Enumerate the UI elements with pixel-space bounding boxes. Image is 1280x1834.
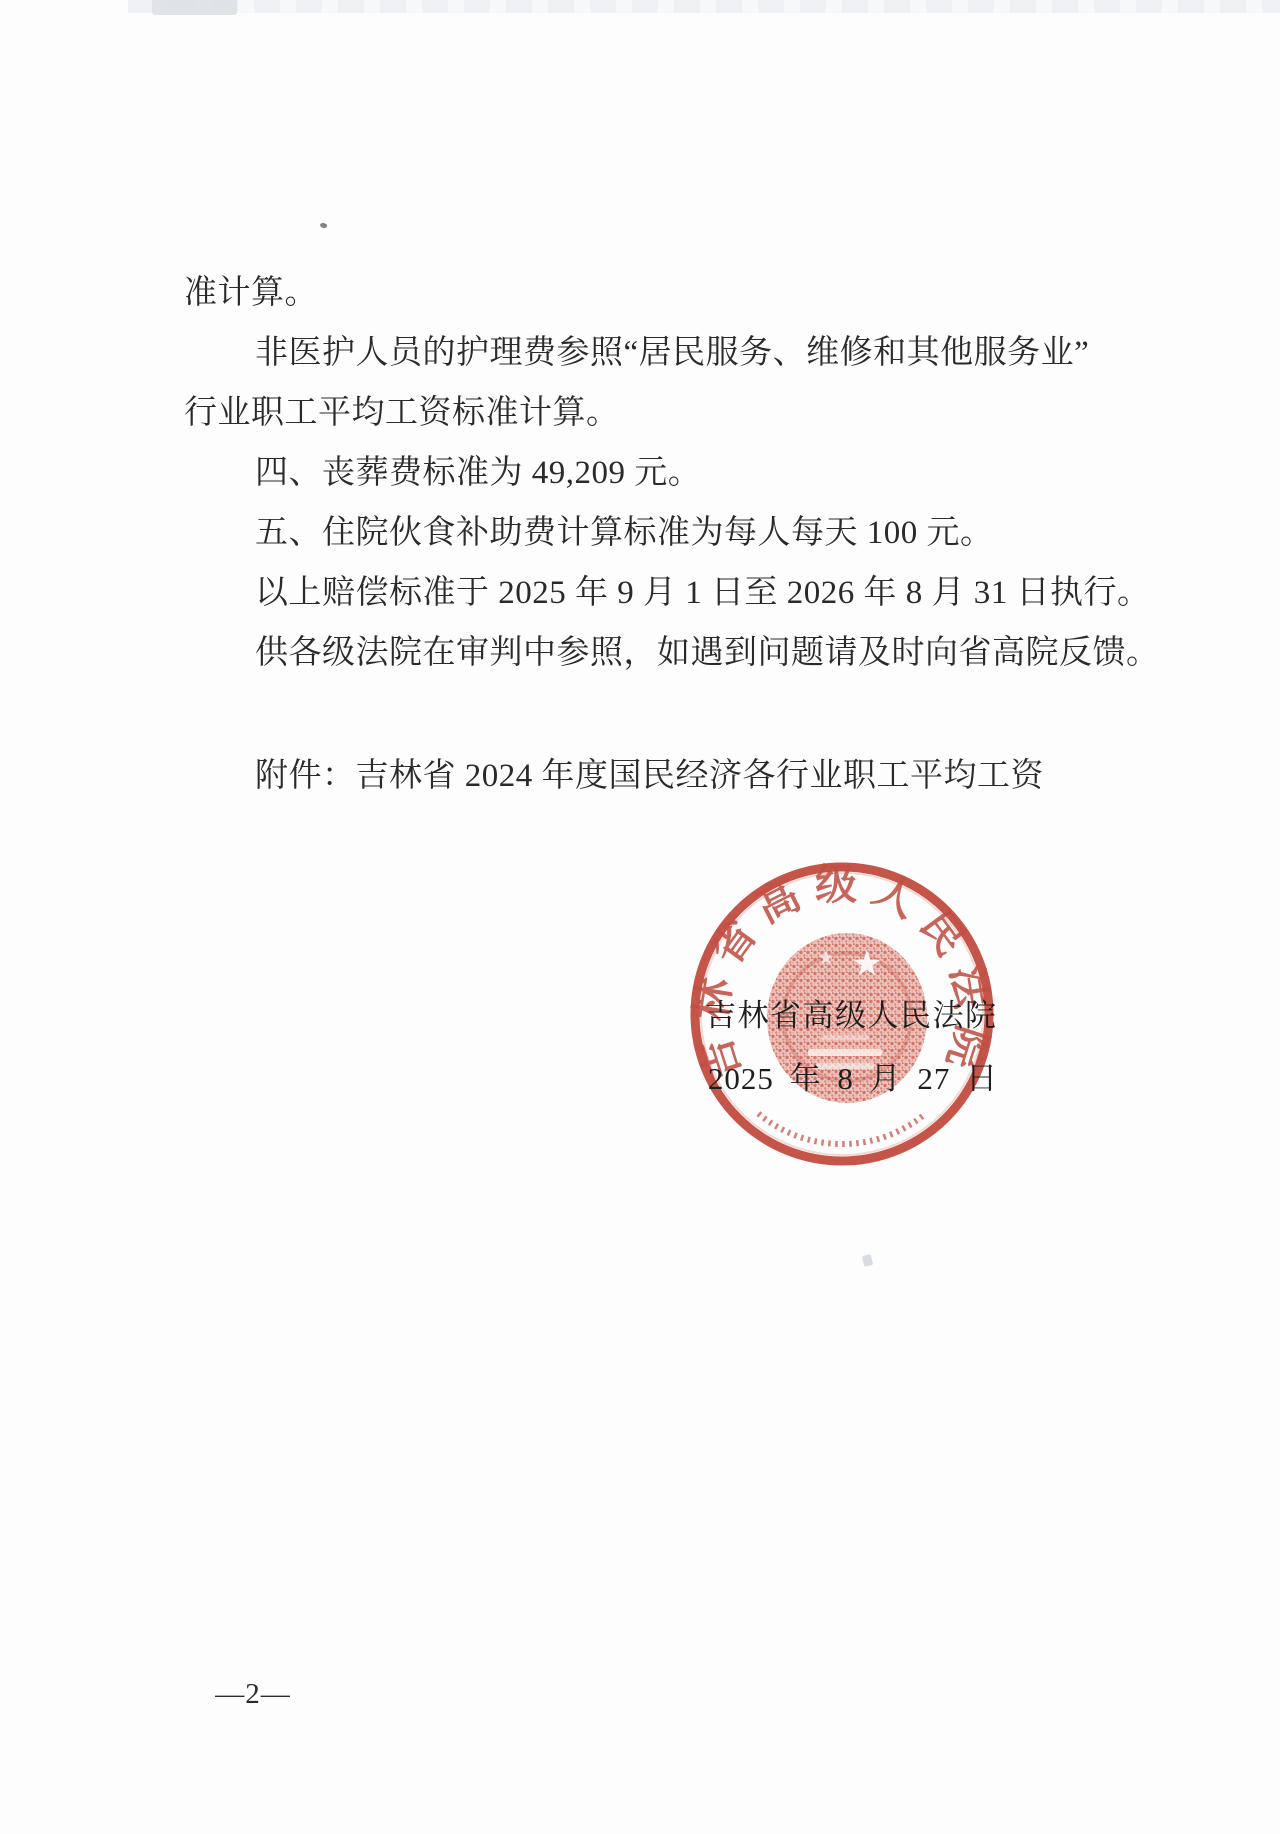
seal-date: 2025 年 8 月 27 日	[703, 1060, 1003, 1098]
body-line-6: 以上赔偿标准于 2025 年 9 月 1 日至 2026 年 8 月 31 日执…	[184, 563, 1194, 623]
page-number: —2—	[178, 1678, 328, 1711]
scan-edge-artifact-dark	[152, 0, 237, 15]
scanned-document-page: 准计算。 非医护人员的护理费参照“居民服务、维修和其他服务业” 行业职工平均工资…	[0, 0, 1280, 1834]
scan-edge-artifact	[128, 0, 1280, 13]
document-body: 准计算。 非医护人员的护理费参照“居民服务、维修和其他服务业” 行业职工平均工资…	[184, 263, 1194, 683]
scan-speck	[319, 222, 327, 229]
body-line-5: 五、住院伙食补助费计算标准为每人每天 100 元。	[184, 503, 1194, 563]
seal-authority-name: 吉林省高级人民法院	[705, 998, 998, 1034]
body-line-3: 行业职工平均工资标准计算。	[184, 383, 1194, 443]
scan-speck	[862, 1254, 874, 1267]
seal-code-marks	[758, 1114, 925, 1144]
body-line-2: 非医护人员的护理费参照“居民服务、维修和其他服务业”	[184, 323, 1194, 383]
body-line-1: 准计算。	[184, 263, 1194, 323]
body-line-4: 四、丧葬费标准为 49,209 元。	[184, 443, 1194, 503]
attachment-line: 附件：吉林省 2024 年度国民经济各行业职工平均工资	[255, 746, 1044, 806]
body-line-7: 供各级法院在审判中参照，如遇到问题请及时向省高院反馈。	[184, 623, 1194, 683]
